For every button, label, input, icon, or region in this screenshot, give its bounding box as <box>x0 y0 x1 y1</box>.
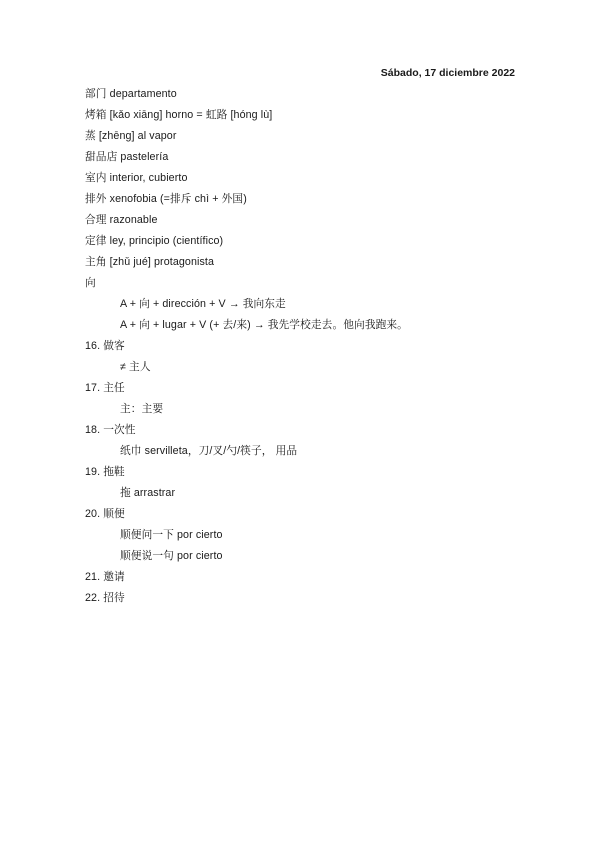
document-line: 21. 邀请 <box>85 567 515 588</box>
document-line: 主：主要 <box>85 399 515 420</box>
document-line: 顺便说一句 por cierto <box>85 546 515 567</box>
document-line: 纸巾 servilleta，刀/叉/勺/筷子， 用品 <box>85 441 515 462</box>
document-page: Sábado, 17 diciembre 2022 部门 departament… <box>0 0 599 848</box>
document-line: 拖 arrastrar <box>85 483 515 504</box>
document-line: 19. 拖鞋 <box>85 462 515 483</box>
document-line: 20. 顺便 <box>85 504 515 525</box>
document-line: A + 向 + dirección + V → 我向东走 <box>85 294 515 315</box>
document-line: 定律 ley, principio (científico) <box>85 231 515 252</box>
document-content: Sábado, 17 diciembre 2022 部门 departament… <box>85 63 515 609</box>
document-line: 室内 interior, cubierto <box>85 168 515 189</box>
document-body: 部门 departamento烤箱 [kǎo xiāng] horno = 虹路… <box>85 84 515 609</box>
document-line: 17. 主任 <box>85 378 515 399</box>
document-line: 部门 departamento <box>85 84 515 105</box>
document-line: 合理 razonable <box>85 210 515 231</box>
document-line: 排外 xenofobia (=排斥 chì + 外国) <box>85 189 515 210</box>
document-line: 向 <box>85 273 515 294</box>
document-line: 烤箱 [kǎo xiāng] horno = 虹路 [hóng lù] <box>85 105 515 126</box>
document-date: Sábado, 17 diciembre 2022 <box>85 63 515 84</box>
document-line: 顺便问一下 por cierto <box>85 525 515 546</box>
document-line: 主角 [zhǔ jué] protagonista <box>85 252 515 273</box>
document-line: 蒸 [zhēng] al vapor <box>85 126 515 147</box>
document-line: 22. 招待 <box>85 588 515 609</box>
document-line: A + 向 + lugar + V (+ 去/来) → 我先学校走去。他向我跑来… <box>85 315 515 336</box>
document-line: 甜品店 pastelería <box>85 147 515 168</box>
document-line: 16. 做客 <box>85 336 515 357</box>
document-line: 18. 一次性 <box>85 420 515 441</box>
document-line: ≠ 主人 <box>85 357 515 378</box>
